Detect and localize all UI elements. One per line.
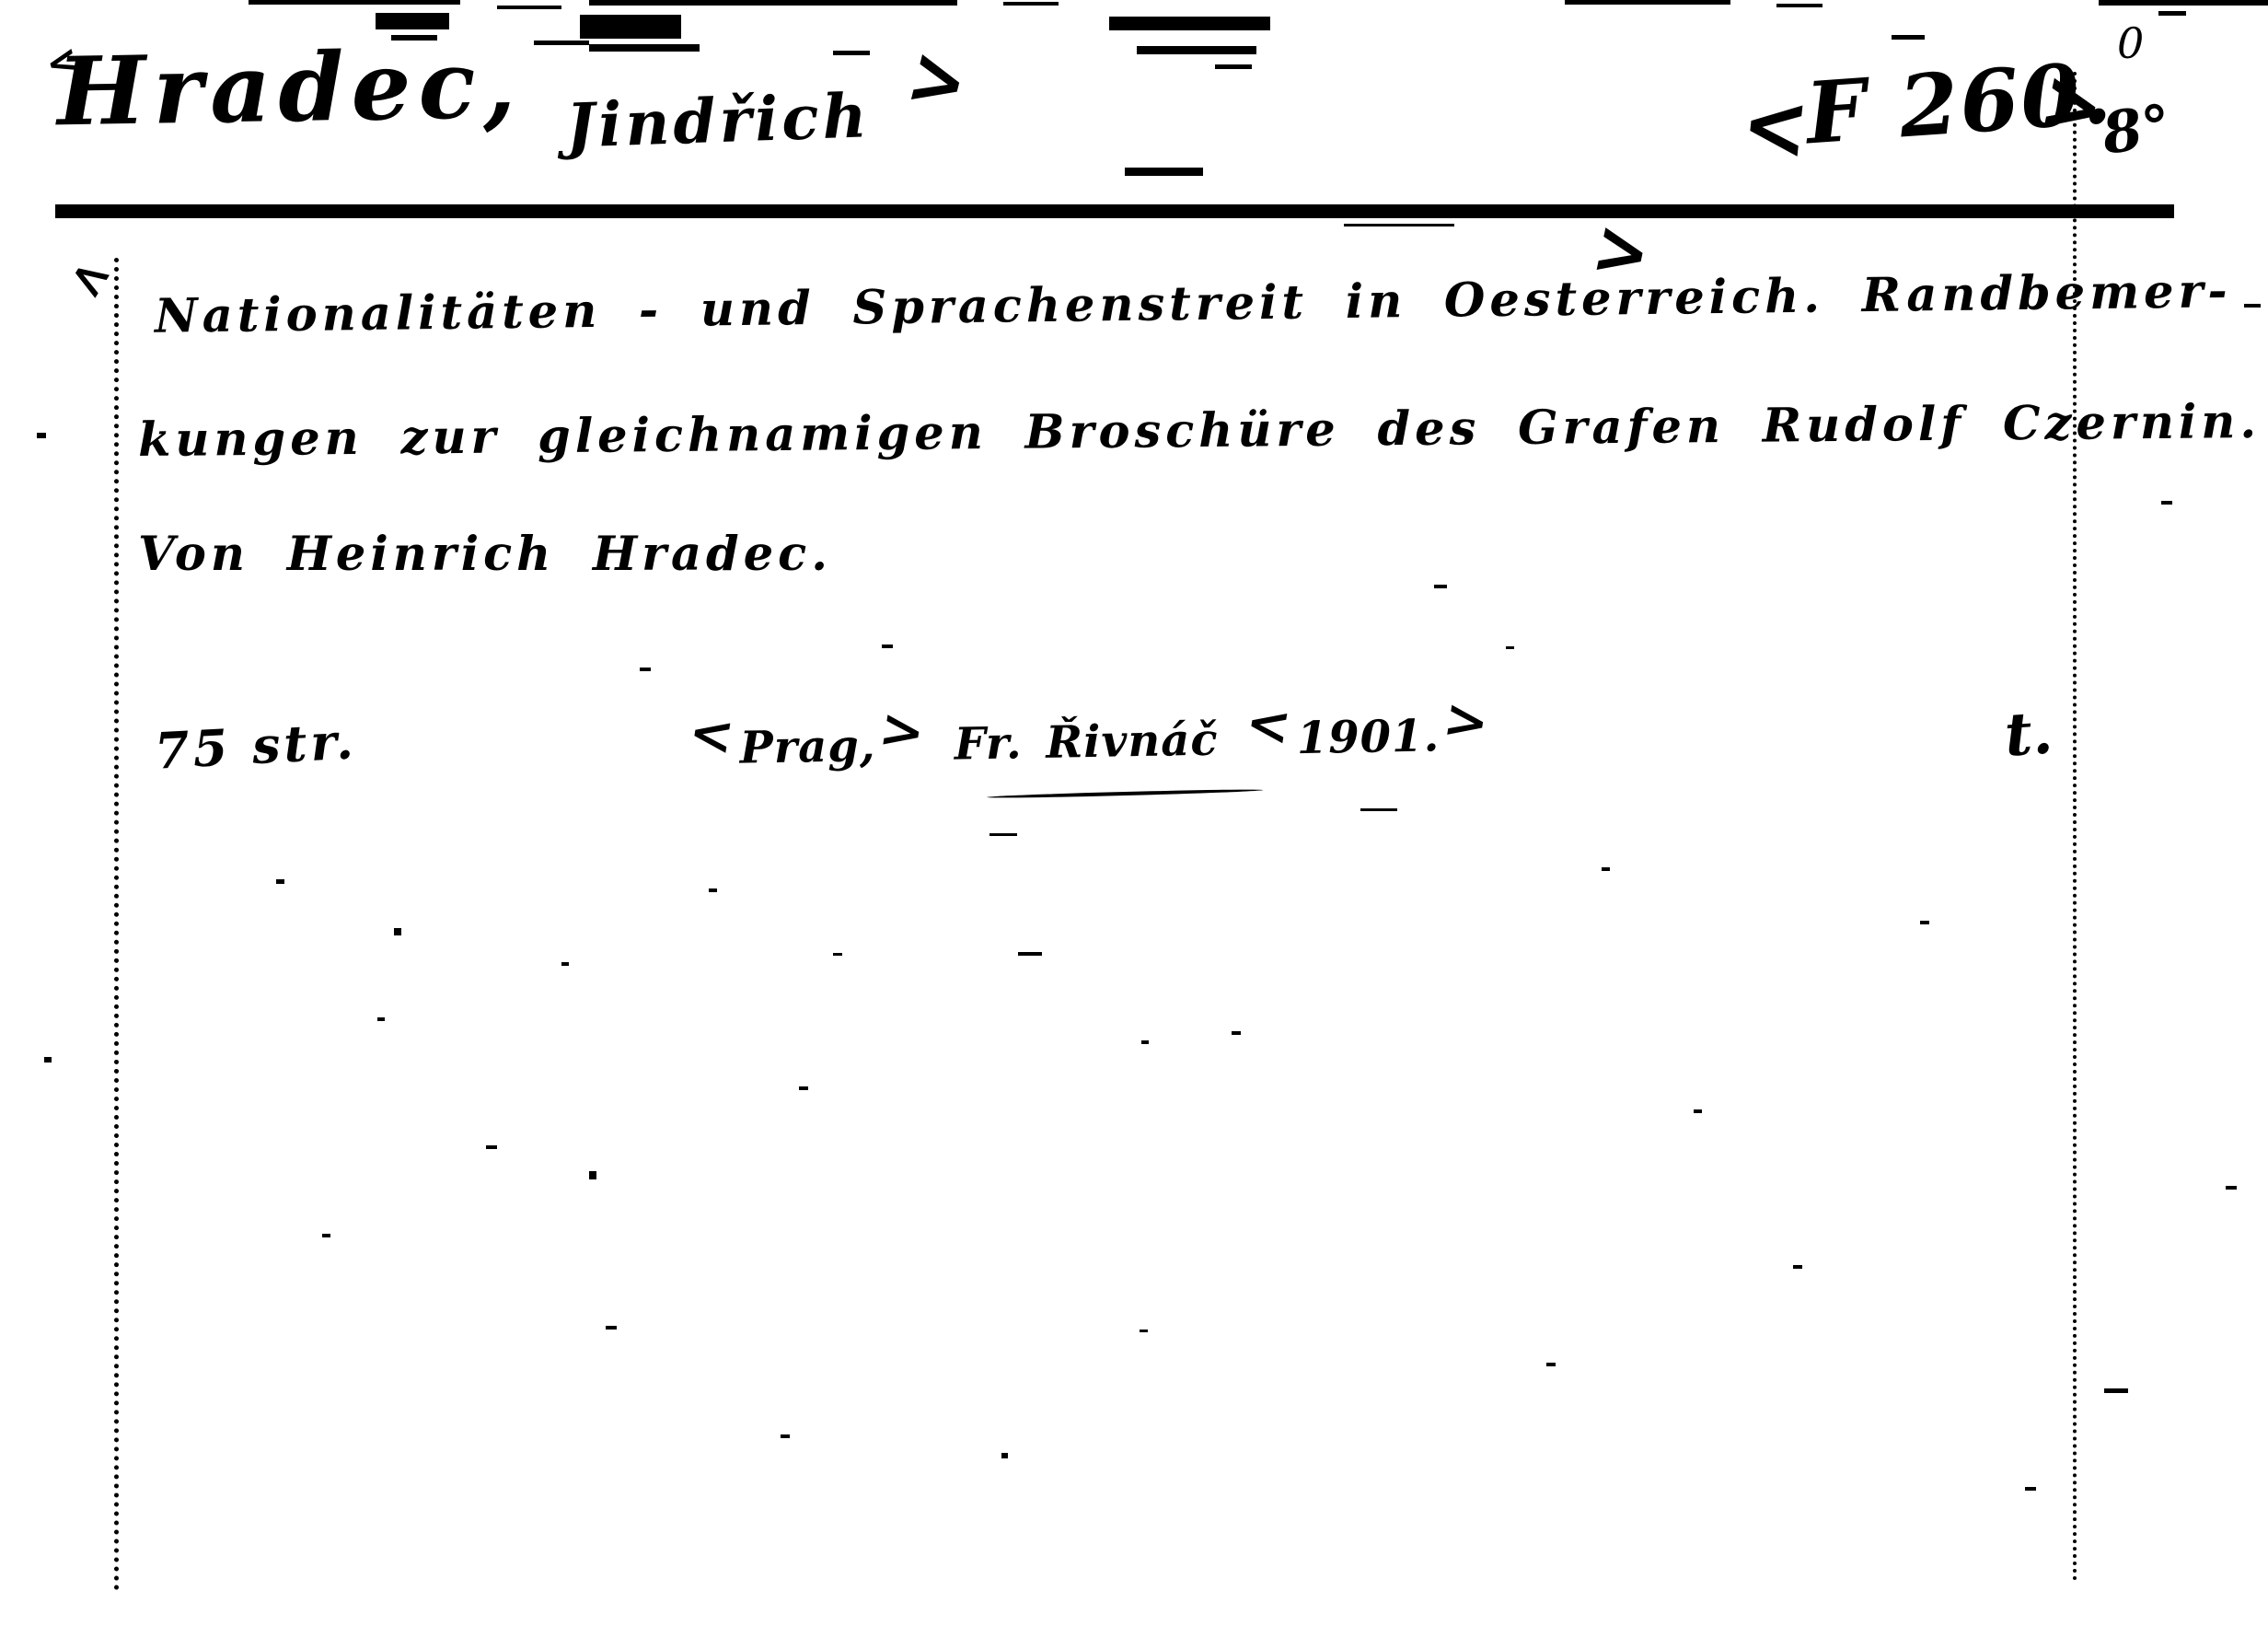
noise-speck (1602, 867, 1610, 871)
noise-speck (1776, 4, 1822, 7)
noise-speck (377, 1017, 385, 1021)
noise-speck (1003, 2, 1059, 6)
noise-speck (276, 879, 284, 884)
caret-mark-before-shelfmark: < (1737, 69, 1814, 182)
noise-speck (1360, 808, 1397, 811)
noise-smudge (1109, 17, 1270, 30)
noise-smudge (534, 41, 589, 45)
noise-speck (497, 6, 561, 9)
noise-speck (249, 0, 460, 5)
caret-mark-after-forename: > (900, 33, 976, 126)
noise-speck (2161, 501, 2172, 505)
noise-speck (606, 1326, 617, 1330)
title-line: kungen zur gleichnamigen Broschüre des G… (138, 394, 2262, 468)
noise-speck (833, 953, 842, 956)
imprint-year: 1901. (1296, 710, 1440, 764)
noise-speck (833, 51, 870, 55)
noise-speck (781, 1434, 790, 1438)
noise-speck (1232, 1031, 1241, 1035)
noise-speck (1892, 35, 1925, 40)
author-forename: Jindřich (565, 79, 872, 161)
author-surname: Hradec, (56, 29, 524, 148)
noise-speck (2025, 1487, 2036, 1491)
header-rule (55, 204, 2174, 218)
noise-speck (640, 668, 651, 671)
caret-mark-after-year: > (1435, 686, 1499, 756)
shelfmark-superscript: 0 (2117, 18, 2144, 68)
book-format: 8° (2098, 91, 2175, 168)
noise-speck (1920, 921, 1929, 924)
noise-speck (2099, 0, 2268, 6)
noise-smudge (580, 15, 681, 39)
catalog-card-scan: < Hradec, Jindřich > < F 260. > 0 8° < >… (0, 0, 2268, 1649)
noise-speck (1215, 64, 1252, 69)
noise-smudge (1125, 168, 1203, 176)
left-margin-dotted-rule (114, 258, 119, 1591)
noise-speck (2244, 304, 2261, 308)
noise-speck (561, 962, 569, 966)
noise-smudge (1137, 46, 1256, 54)
caret-mark-after-place: > (871, 695, 935, 765)
noise-speck (1141, 1040, 1149, 1044)
noise-speck (799, 1086, 808, 1090)
extent-pages: 75 str. (153, 711, 358, 780)
caret-mark-before-year: < (1237, 689, 1302, 759)
noise-speck (1565, 0, 1730, 5)
noise-speck (2104, 1388, 2128, 1393)
noise-speck (1793, 1265, 1802, 1269)
noise-speck (1506, 646, 1514, 649)
noise-speck (1694, 1109, 1702, 1113)
year-underline-flourish (987, 788, 1263, 799)
noise-speck (44, 1057, 52, 1063)
title-line: Nationalitäten - und Sprachenstreit in O… (155, 263, 2232, 344)
caret-mark-before-place: < (680, 699, 745, 769)
noise-speck (322, 1234, 330, 1237)
imprint-line: <Prag,> Fr. Řivnáč <1901.> (684, 700, 1495, 776)
noise-speck (1344, 224, 1454, 226)
imprint-publisher: Fr. Řivnáč (954, 714, 1219, 771)
noise-speck (709, 888, 717, 892)
noise-speck (989, 833, 1017, 836)
noise-speck (486, 1145, 497, 1149)
noise-smudge (589, 44, 700, 52)
noise-smudge (391, 35, 437, 41)
noise-smudge (376, 13, 449, 29)
noise-speck (2226, 1186, 2237, 1190)
noise-speck (589, 1171, 596, 1179)
card-note: t. (2002, 698, 2054, 770)
noise-speck (1140, 1330, 1148, 1332)
noise-speck (589, 0, 957, 6)
noise-speck (37, 433, 46, 438)
noise-speck (882, 645, 893, 648)
imprint-place: Prag, (739, 720, 876, 774)
noise-speck (1546, 1363, 1556, 1366)
noise-speck (1434, 585, 1447, 588)
caret-mark-left-margin: < (61, 247, 121, 308)
noise-speck (1001, 1453, 1008, 1458)
title-line: Von Heinrich Hradec. (138, 527, 832, 582)
noise-speck (394, 928, 401, 935)
noise-speck (1018, 952, 1042, 956)
noise-speck (2158, 11, 2186, 16)
